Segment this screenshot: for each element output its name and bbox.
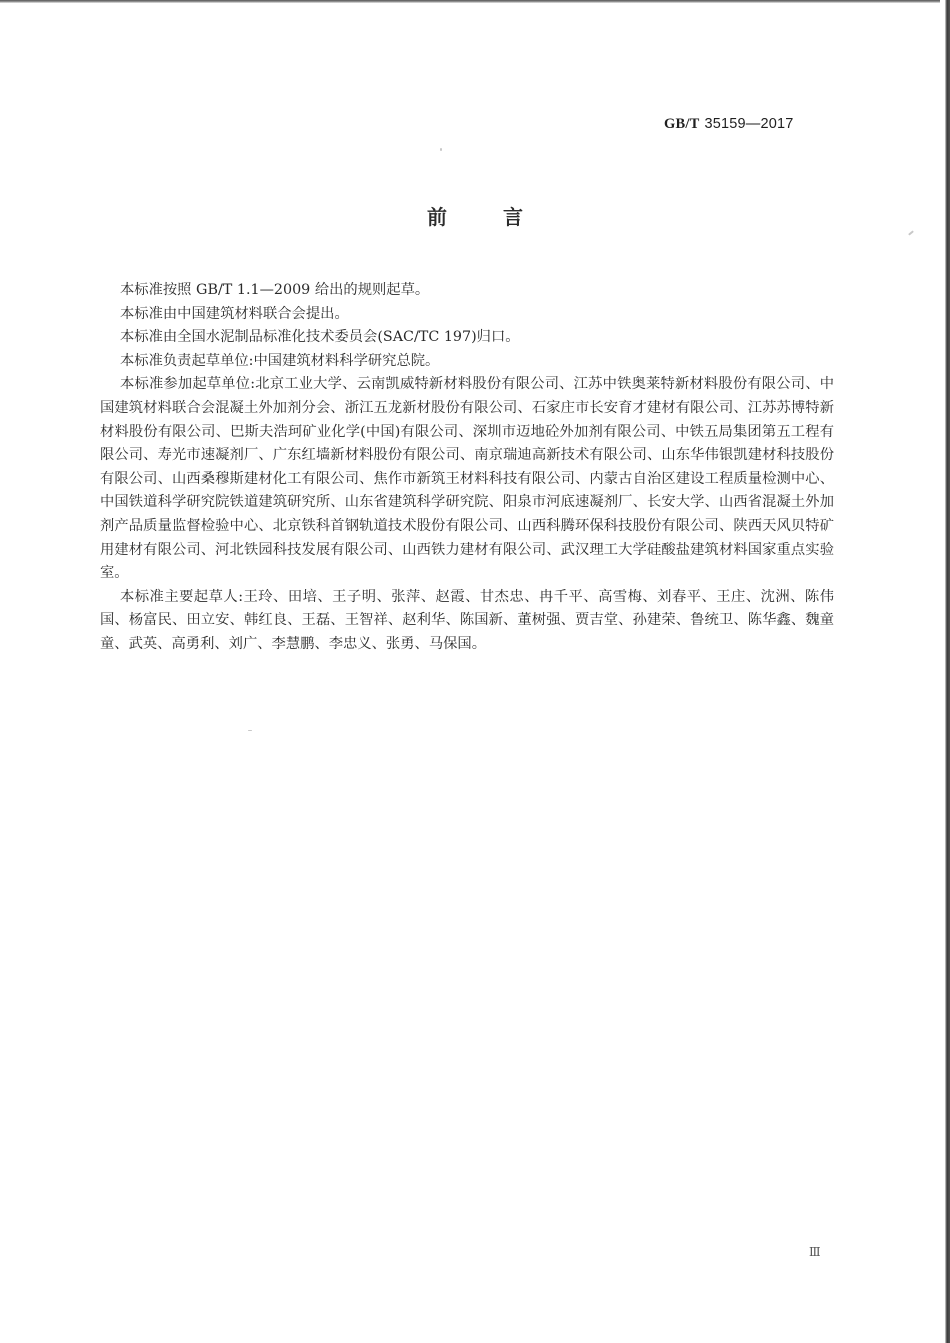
page-number: Ⅲ	[809, 1245, 821, 1259]
scan-top-edge	[0, 0, 940, 3]
standard-code: 35159—2017	[704, 116, 793, 132]
paragraph-administered-by: 本标准由全国水泥制品标准化技术委员会(SAC/TC 197)归口。	[100, 326, 834, 350]
page-title: 前言	[0, 201, 950, 230]
paragraph-proposed-by: 本标准由中国建筑材料联合会提出。	[100, 303, 834, 327]
title-char-1: 前	[427, 201, 447, 230]
scan-speck	[440, 148, 442, 151]
paragraph-participating-drafters: 本标准参加起草单位:北京工业大学、云南凯威特新材料股份有限公司、江苏中铁奥莱特新…	[100, 373, 834, 585]
scan-speck	[248, 730, 252, 731]
paragraph-drafting-rules: 本标准按照 GB/T 1.1—2009 给出的规则起草。	[100, 279, 834, 303]
standard-prefix: GB/T	[664, 116, 699, 132]
foreword-body: 本标准按照 GB/T 1.1—2009 给出的规则起草。 本标准由中国建筑材料联…	[100, 279, 834, 657]
paragraph-main-drafters: 本标准主要起草人:王玲、田培、王子明、张萍、赵霞、甘杰忠、冉千平、高雪梅、刘春平…	[100, 586, 834, 657]
paragraph-responsible-drafter: 本标准负责起草单位:中国建筑材料科学研究总院。	[100, 350, 834, 374]
scan-speck	[908, 230, 914, 235]
standard-number: GB/T35159—2017	[664, 116, 794, 133]
title-char-2: 言	[503, 201, 523, 230]
